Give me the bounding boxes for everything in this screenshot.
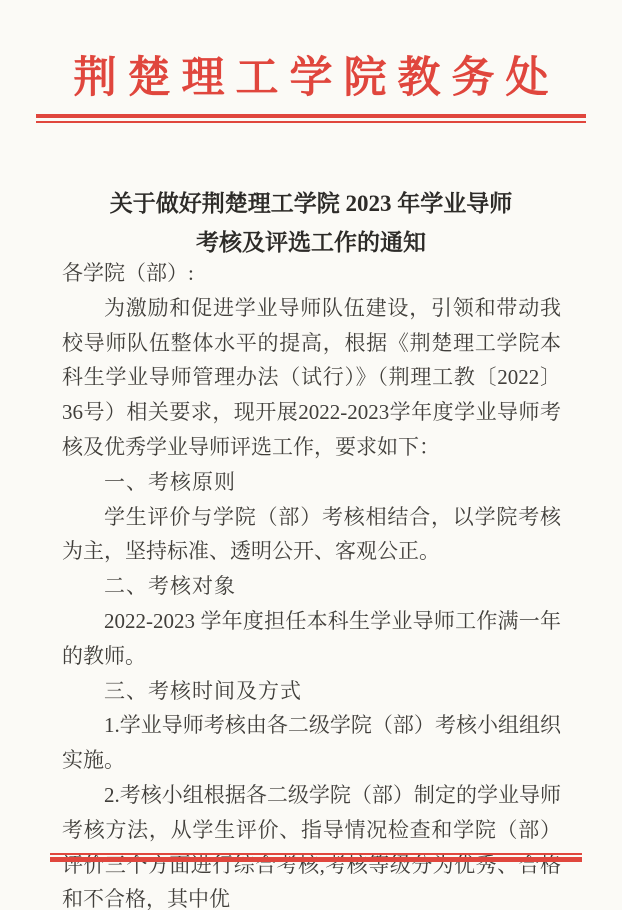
footer-divider [50, 853, 582, 862]
divider-thick-line [50, 857, 582, 862]
section-heading-3: 三、考核时间及方式 [62, 674, 561, 709]
org-name-title: 荆楚理工学院教务处 [0, 44, 622, 105]
body-paragraph-principles: 学生评价与学院（部）考核相结合，以学院考核为主，坚持标准、透明公开、客观公正。 [62, 500, 561, 570]
document-page: 荆楚理工学院教务处 关于做好荆楚理工学院 2023 年学业导师 考核及评选工作的… [0, 0, 622, 910]
divider-thin-line [36, 121, 586, 123]
section-heading-2: 二、考核对象 [62, 569, 561, 604]
body-paragraph-item-1: 1.学业导师考核由各二级学院（部）考核小组组织实施。 [62, 708, 561, 778]
salutation: 各学院（部）: [62, 256, 561, 291]
letterhead-divider [36, 114, 586, 123]
divider-thin-line [50, 853, 582, 855]
document-body: 各学院（部）: 为激励和促进学业导师队伍建设，引领和带动我校导师队伍整体水平的提… [62, 256, 561, 910]
document-title: 关于做好荆楚理工学院 2023 年学业导师 考核及评选工作的通知 [0, 184, 622, 262]
body-paragraph-intro: 为激励和促进学业导师队伍建设，引领和带动我校导师队伍整体水平的提高，根据《荆楚理… [62, 291, 561, 465]
section-heading-1: 一、考核原则 [62, 465, 561, 500]
body-paragraph-item-2: 2.考核小组根据各二级学院（部）制定的学业导师考核方法，从学生评价、指导情况检查… [62, 778, 561, 910]
document-title-line-1: 关于做好荆楚理工学院 2023 年学业导师 [0, 184, 622, 223]
body-paragraph-targets: 2022-2023 学年度担任本科生学业导师工作满一年的教师。 [62, 604, 561, 674]
divider-thick-line [36, 114, 586, 118]
